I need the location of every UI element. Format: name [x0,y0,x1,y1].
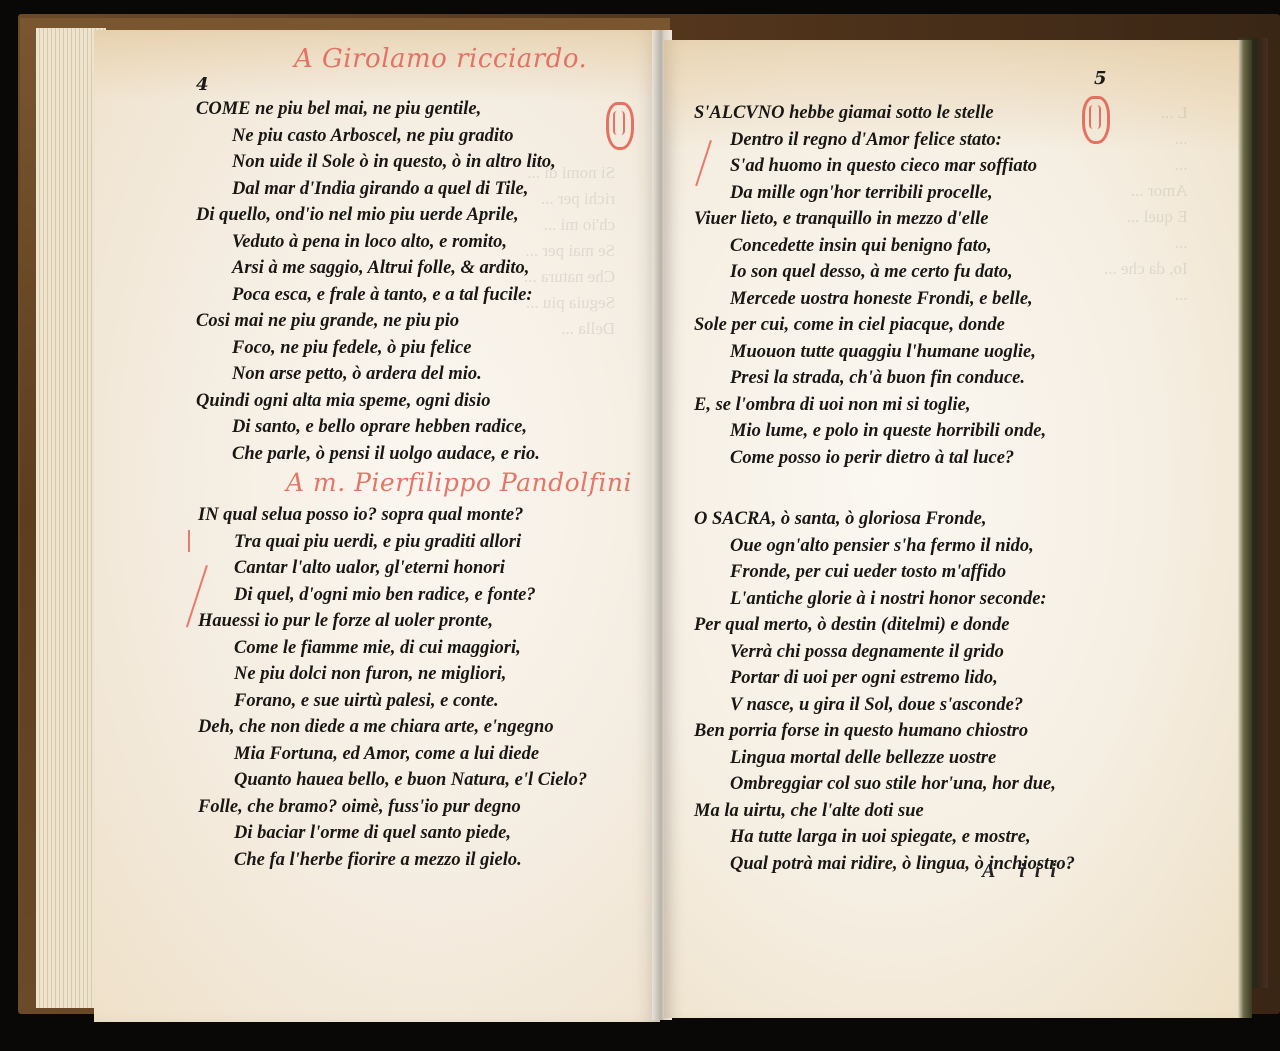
library-stamp [606,102,634,150]
verse-line: Portar di uoi per ogni estremo lido, [694,665,1075,692]
verse-line: Non arse petto, ò ardera del mio. [196,361,556,388]
verse-line: Per qual merto, ò destin (ditelmi) e don… [694,612,1075,639]
verse-line: Tra quai piu uerdi, e piu graditi allori [198,529,587,556]
verse-line: Dal mar d'India girando a quel di Tile, [196,176,556,203]
verse-line: Arsi à me saggio, Altrui folle, & ardito… [196,255,556,282]
verse-line: Che parle, ò pensi il uolgo audace, e ri… [196,441,556,468]
manuscript-dedication-1: A Girolamo ricciardo. [294,44,587,74]
verse-line: Verrà chi possa degnamente il grido [694,639,1075,666]
verse-line: Di quello, ond'io nel mio piu uerde Apri… [196,202,556,229]
verse-line: Ben porria forse in questo humano chiost… [694,718,1075,745]
manuscript-dedication-2: A m. Pierfilippo Pandolfini [286,468,632,497]
page-edge [1238,40,1252,1018]
verse-line: Cantar l'alto ualor, gl'eterni honori [198,555,587,582]
verse-line: Deh, che non diede a me chiara arte, e'n… [198,714,587,741]
verse-line: Ne piu casto Arboscel, ne piu gradito [196,123,556,150]
verse-line: Ne piu dolci non furon, ne migliori, [198,661,587,688]
sonnet-o-sacra-o-santa: O SACRA, ò santa, ò gloriosa Fronde,Oue … [694,506,1075,877]
show-through-text: L .........Amor ...E quel ......Io, da c… [1104,100,1188,308]
verse-line: Muouon tutte quaggiu l'humane uoglie, [694,339,1046,366]
red-margin-mark [188,530,190,552]
verse-line: Sole per cui, come in ciel piacque, dond… [694,312,1046,339]
verse-line: Non uide il Sole ò in questo, ò in altro… [196,149,556,176]
verse-line: Poca esca, e frale à tanto, e a tal fuci… [196,282,556,309]
verse-line: Cosi mai ne piu grande, ne piu pio [196,308,556,335]
signature-mark: A iii [982,860,1066,883]
verse-line: Quindi ogni alta mia speme, ogni disio [196,388,556,415]
verse-line: Foco, ne piu fedele, ò piu felice [196,335,556,362]
verse-line: Da mille ogn'hor terribili procelle, [694,180,1046,207]
verse-line: COME ne piu bel mai, ne piu gentile, [196,96,556,123]
verse-line: Dentro il regno d'Amor felice stato: [694,127,1046,154]
verse-line: IN qual selua posso io? sopra qual monte… [198,502,587,529]
verse-line: Ma la uirtu, che l'alte doti sue [694,798,1075,825]
verse-line: Veduto à pena in loco alto, e romito, [196,229,556,256]
verse-line: O SACRA, ò santa, ò gloriosa Fronde, [694,506,1075,533]
verse-line: Come le fiamme mie, di cui maggiori, [198,635,587,662]
verse-line: Presi la strada, ch'à buon fin conduce. [694,365,1046,392]
verse-line: S'ad huomo in questo cieco mar soffiato [694,153,1046,180]
verse-line: L'antiche glorie à i nostri honor second… [694,586,1075,613]
verse-line: Folle, che bramo? oimè, fuss'io pur degn… [198,794,587,821]
folio-number: 4 [196,74,209,95]
verse-line: Di santo, e bello oprare hebben radice, [196,414,556,441]
verse-line: Ha tutte larga in uoi spiegate, e mostre… [694,824,1075,851]
verse-line: Mercede uostra honeste Frondi, e belle, [694,286,1046,313]
verse-line: Fronde, per cui ueder tosto m'affido [694,559,1075,586]
verse-line: Quanto hauea bello, e buon Natura, e'l C… [198,767,587,794]
right-page: L .........Amor ...E quel ......Io, da c… [664,40,1238,1018]
folio-number: 5 [1094,68,1107,89]
sonnet-come-ne-piu-bel-mai: COME ne piu bel mai, ne piu gentile,Ne p… [196,96,556,467]
verse-line: Che fa l'herbe fiorire a mezzo il gielo. [198,847,587,874]
verse-line: V nasce, u gira il Sol, doue s'asconde? [694,692,1075,719]
verse-line: Oue ogn'alto pensier s'ha fermo il nido, [694,533,1075,560]
verse-line: Mia Fortuna, ed Amor, come a lui diede [198,741,587,768]
verse-line: S'ALCVNO hebbe giamai sotto le stelle [694,100,1046,127]
verse-line: Come posso io perir dietro à tal luce? [694,445,1046,472]
verse-line: Di quel, d'ogni mio ben radice, e fonte? [198,582,587,609]
verse-line: Hauessi io pur le forze al uoler pronte, [198,608,587,635]
verse-line: Ombreggiar col suo stile hor'una, hor du… [694,771,1075,798]
verse-line: Mio lume, e polo in queste horribili ond… [694,418,1046,445]
verse-line: Di baciar l'orme di quel santo piede, [198,820,587,847]
verse-line: Concedette insin qui benigno fato, [694,233,1046,260]
verse-line: Forano, e sue uirtù palesi, e conte. [198,688,587,715]
verse-line: Lingua mortal delle bellezze uostre [694,745,1075,772]
verse-line: E, se l'ombra di uoi non mi si toglie, [694,392,1046,419]
left-page: Si nomi di ...richi per ...ch'io mi ...S… [94,30,660,1022]
verse-line: Io son quel desso, à me certo fu dato, [694,259,1046,286]
library-stamp [1082,96,1110,144]
verse-line: Viuer lieto, e tranquillo in mezzo d'ell… [694,206,1046,233]
sonnet-s-alcuno-hebbe: S'ALCVNO hebbe giamai sotto le stelleDen… [694,100,1046,471]
sonnet-in-qual-selua: IN qual selua posso io? sopra qual monte… [198,502,587,873]
